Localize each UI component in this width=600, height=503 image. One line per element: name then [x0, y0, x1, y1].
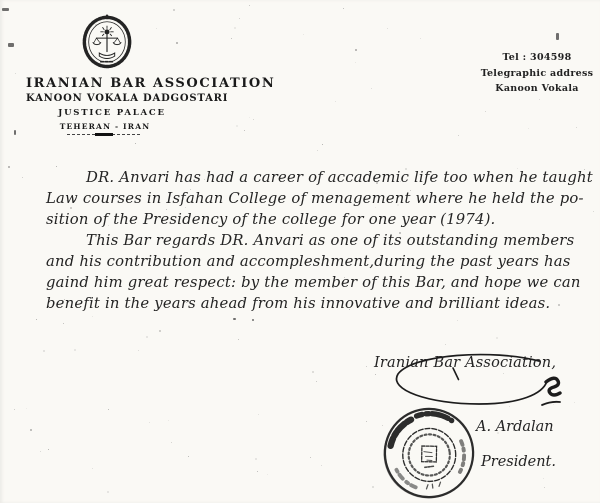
- letter-line: and his contribution and accompleshment,…: [46, 251, 546, 272]
- letter-line: DR. Anvari has had a career of accademic…: [46, 167, 546, 188]
- letter-line: benefit in the years ahead from his inno…: [46, 293, 546, 314]
- telegraphic-address-label: Telegraphic address: [478, 66, 596, 82]
- letter-line: This Bar regards DR. Anvari as one of it…: [46, 230, 546, 251]
- address-justice-palace: JUSTICE PALACE: [26, 108, 198, 118]
- tel-line: Tel : 304598: [478, 50, 596, 66]
- telegraphic-address-name: Kanoon Vokala: [478, 81, 596, 97]
- letterhead: IRANIAN BAR ASSOCIATION KANOON VOKALA DA…: [26, 76, 198, 131]
- letterhead-rule: [67, 133, 140, 136]
- org-name-transliteration: KANOON VOKALA DADGOSTARI: [26, 93, 198, 104]
- address-teheran-iran: TEHERAN - IRAN: [12, 122, 198, 131]
- circular-official-seal-icon: [380, 404, 478, 502]
- signer-name: A. Ardalan: [476, 419, 554, 435]
- org-name: IRANIAN BAR ASSOCIATION: [26, 76, 198, 91]
- signer-title: President.: [481, 454, 556, 470]
- letter-line: gaind him great respect: by the member o…: [46, 272, 546, 293]
- letter-body: DR. Anvari has had a career of accademic…: [46, 167, 546, 314]
- letter-line: Law courses in Isfahan College of menage…: [46, 188, 546, 209]
- letter-line: sition of the Presidency of the college …: [46, 209, 546, 230]
- scanned-letter-page: IRANIAN BAR ASSOCIATION KANOON VOKALA DA…: [0, 0, 600, 503]
- contact-block: Tel : 304598 Telegraphic address Kanoon …: [478, 50, 596, 97]
- justice-scales-wreath-emblem-icon: [81, 12, 133, 70]
